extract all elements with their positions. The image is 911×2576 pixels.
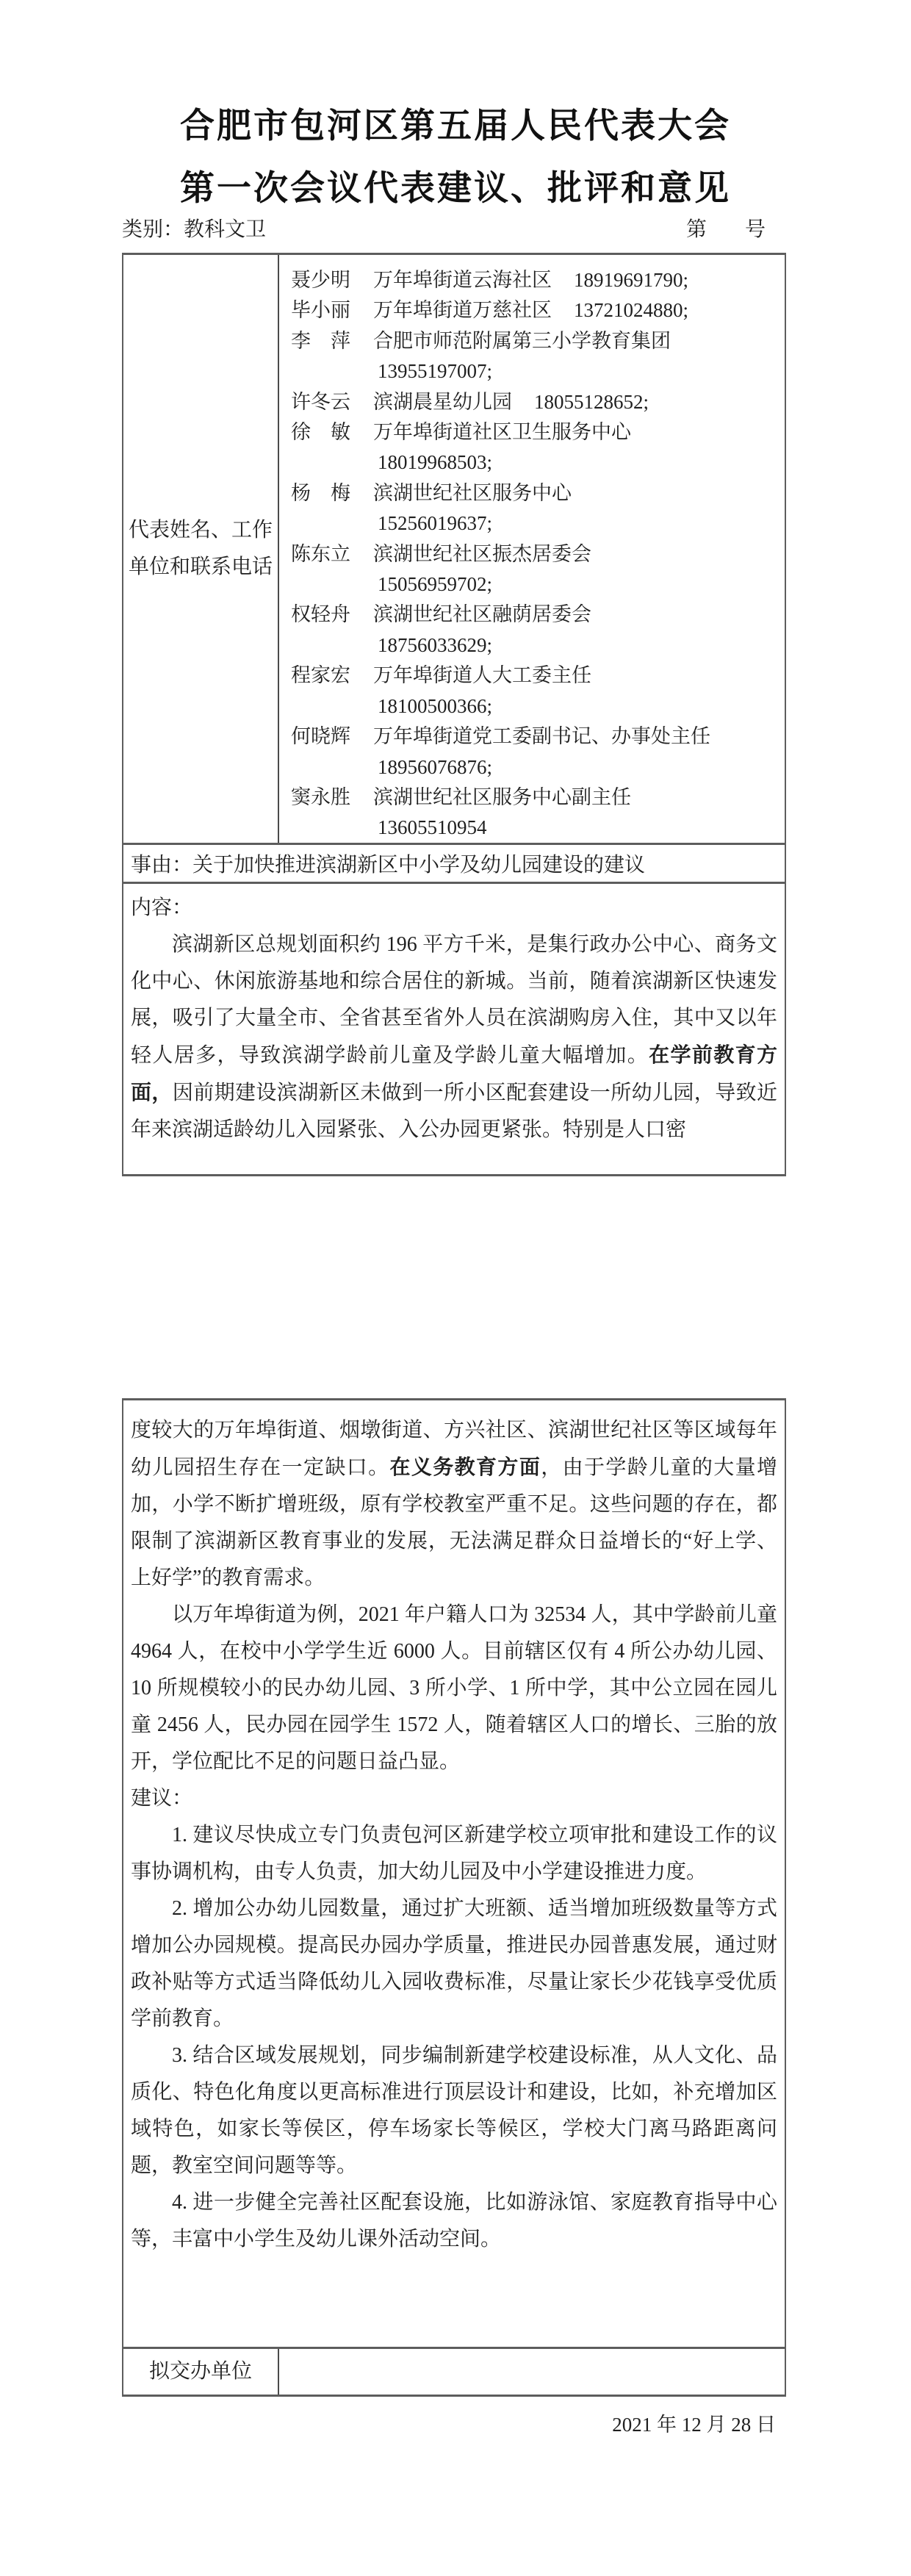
rep-name: 徐 敏 xyxy=(291,417,353,478)
category-label: 类别：教科文卫 xyxy=(122,215,266,245)
rep-name: 聂少明 xyxy=(291,265,353,295)
rep-entry: 毕小丽万年埠街道万慈社区13721024880; xyxy=(291,295,780,325)
representatives-header: 代表姓名、工作 单位和联系电话 xyxy=(123,255,279,843)
content-paragraph-2: 以万年埠街道为例，2021 年户籍人口为 32534 人，其中学龄前儿童 496… xyxy=(131,1597,777,1780)
rep-unit: 滨湖晨星幼儿园 xyxy=(373,391,512,413)
rep-phone: 18919691790; xyxy=(574,269,688,291)
document-page: 合肥市包河区第五届人民代表大会 第一次会议代表建议、批评和意见 类别：教科文卫 … xyxy=(0,0,911,2576)
rep-unit: 万年埠街道社区卫生服务中心 xyxy=(373,421,631,443)
subject-label: 事由： xyxy=(131,849,192,878)
rep-unit-phone: 滨湖世纪社区服务中心15256019637; xyxy=(373,478,780,539)
rep-entry: 许冬云滨湖晨星幼儿园18055128652; xyxy=(291,387,780,417)
rep-phone: 18956076876; xyxy=(378,752,780,782)
rep-unit: 滨湖世纪社区融荫居委会 xyxy=(373,603,591,625)
rep-name: 窦永胜 xyxy=(291,782,353,843)
rep-phone: 15256019637; xyxy=(378,508,780,539)
rep-phone: 18019968503; xyxy=(378,447,780,478)
rep-entry: 何晓辉万年埠街道党工委副书记、办事处主任18956076876; xyxy=(291,722,780,782)
rep-unit: 滨湖世纪社区振杰居委会 xyxy=(373,543,591,565)
proposal-table-page1: 代表姓名、工作 单位和联系电话 聂少明万年埠街道云海社区18919691790;… xyxy=(122,253,786,1176)
rep-unit: 万年埠街道万慈社区 xyxy=(373,299,552,321)
rep-unit-phone: 合肥市师范附属第三小学教育集团13955197007; xyxy=(373,326,780,387)
rep-entry: 李 萍合肥市师范附属第三小学教育集团13955197007; xyxy=(291,326,780,387)
rep-unit: 滨湖世纪社区服务中心副主任 xyxy=(373,786,631,808)
rep-name: 毕小丽 xyxy=(291,295,353,325)
document-number: 第号 xyxy=(686,215,786,245)
proposal-table-page2: 度较大的万年埠街道、烟墩街道、方兴社区、滨湖世纪社区等区域每年幼儿园招生存在一定… xyxy=(122,1398,786,2397)
rep-unit-phone: 滨湖世纪社区振杰居委会15056959702; xyxy=(373,539,780,600)
number-suffix: 号 xyxy=(745,218,766,241)
cont-bold: 在义务教育方面 xyxy=(390,1456,541,1478)
rep-unit-phone: 万年埠街道万慈社区13721024880; xyxy=(373,295,780,325)
rep-entry: 窦永胜滨湖世纪社区服务中心副主任13605510954 xyxy=(291,782,780,843)
suggestion-4: 4. 进一步健全完善社区配套设施，比如游泳馆、家庭教育指导中心等，丰富中小学生及… xyxy=(131,2184,777,2258)
suggestion-1: 1. 建议尽快成立专门负责包河区新建学校立项审批和建设工作的议事协调机构，由专人… xyxy=(131,1817,777,1890)
rep-entry: 聂少明万年埠街道云海社区18919691790; xyxy=(291,265,780,295)
suggestion-2: 2. 增加公办幼儿园数量，通过扩大班额、适当增加班级数量等方式增加公办园规模。提… xyxy=(131,1890,777,2037)
rep-unit: 万年埠街道人大工委主任 xyxy=(373,664,591,686)
rep-phone: 18756033629; xyxy=(378,630,780,661)
subject-text: 关于加快推进滨湖新区中小学及幼儿园建设的建议 xyxy=(192,849,645,878)
rep-name: 权轻舟 xyxy=(291,600,353,661)
title-line-1: 合肥市包河区第五届人民代表大会 xyxy=(0,94,911,156)
rep-name: 程家宏 xyxy=(291,661,353,722)
rep-unit: 合肥市师范附属第三小学教育集团 xyxy=(373,330,671,352)
document-title: 合肥市包河区第五届人民代表大会 第一次会议代表建议、批评和意见 xyxy=(0,94,911,219)
rep-phone: 18055128652; xyxy=(534,391,649,413)
rep-unit-phone: 滨湖晨星幼儿园18055128652; xyxy=(373,387,780,417)
rep-unit-phone: 滨湖世纪社区融荫居委会18756033629; xyxy=(373,600,780,661)
content-p1-post: 因前期建设滨湖新区未做到一所小区配套建设一所幼儿园，导致近年来滨湖适龄幼儿入园紧… xyxy=(131,1082,777,1141)
subject-row: 事由：关于加快推进滨湖新区中小学及幼儿园建设的建议 xyxy=(123,845,785,884)
assign-unit-label: 拟交办单位 xyxy=(123,2349,279,2395)
title-line-2: 第一次会议代表建议、批评和意见 xyxy=(0,156,911,219)
rep-unit: 万年埠街道党工委副书记、办事处主任 xyxy=(373,725,710,747)
document-date: 2021 年 12 月 28 日 xyxy=(122,2410,786,2439)
rep-header-line2: 单位和联系电话 xyxy=(129,549,273,586)
meta-row: 类别：教科文卫 第号 xyxy=(122,215,786,245)
number-prefix: 第 xyxy=(686,218,707,241)
assign-row: 拟交办单位 xyxy=(123,2349,785,2395)
rep-phone: 13721024880; xyxy=(574,299,688,321)
content-paragraph-1: 滨湖新区总规划面积约 196 平方千米，是集行政办公中心、商务文化中心、休闲旅游… xyxy=(131,927,777,1148)
rep-entry: 徐 敏万年埠街道社区卫生服务中心18019968503; xyxy=(291,417,780,478)
rep-unit-phone: 万年埠街道党工委副书记、办事处主任18956076876; xyxy=(373,722,780,782)
rep-entry: 杨 梅滨湖世纪社区服务中心15256019637; xyxy=(291,478,780,539)
rep-phone: 18100500366; xyxy=(378,691,780,722)
rep-unit-phone: 滨湖世纪社区服务中心副主任13605510954 xyxy=(373,782,780,843)
rep-phone: 15056959702; xyxy=(378,569,780,600)
content-label: 内容： xyxy=(131,890,777,927)
rep-unit: 万年埠街道云海社区 xyxy=(373,269,552,291)
rep-unit-phone: 万年埠街道云海社区18919691790; xyxy=(373,265,780,295)
representatives-list: 聂少明万年埠街道云海社区18919691790; 毕小丽万年埠街道万慈社区137… xyxy=(279,255,785,843)
rep-name: 李 萍 xyxy=(291,326,353,387)
rep-phone: 13955197007; xyxy=(378,356,780,386)
rep-name: 许冬云 xyxy=(291,387,353,417)
rep-phone: 13605510954 xyxy=(378,813,780,843)
content-continued-paragraph: 度较大的万年埠街道、烟墩街道、方兴社区、滨湖世纪社区等区域每年幼儿园招生存在一定… xyxy=(131,1412,777,1597)
rep-header-line1: 代表姓名、工作 xyxy=(129,512,273,549)
rep-unit: 滨湖世纪社区服务中心 xyxy=(373,482,572,504)
representatives-row: 代表姓名、工作 单位和联系电话 聂少明万年埠街道云海社区18919691790;… xyxy=(123,255,785,845)
content-row-page2: 度较大的万年埠街道、烟墩街道、方兴社区、滨湖世纪社区等区域每年幼儿园招生存在一定… xyxy=(123,1400,785,2349)
rep-entry: 陈东立滨湖世纪社区振杰居委会15056959702; xyxy=(291,539,780,600)
rep-unit-phone: 万年埠街道人大工委主任18100500366; xyxy=(373,661,780,722)
rep-name: 陈东立 xyxy=(291,539,353,600)
content-row-page1: 内容： 滨湖新区总规划面积约 196 平方千米，是集行政办公中心、商务文化中心、… xyxy=(123,884,785,1174)
rep-name: 何晓辉 xyxy=(291,722,353,782)
suggestion-3: 3. 结合区域发展规划，同步编制新建学校建设标准，从人文化、品质化、特色化角度以… xyxy=(131,2037,777,2184)
rep-unit-phone: 万年埠街道社区卫生服务中心18019968503; xyxy=(373,417,780,478)
rep-entry: 权轻舟滨湖世纪社区融荫居委会18756033629; xyxy=(291,600,780,661)
assign-unit-value xyxy=(279,2349,785,2395)
suggestions-label: 建议： xyxy=(131,1780,777,1817)
rep-name: 杨 梅 xyxy=(291,478,353,539)
rep-entry: 程家宏万年埠街道人大工委主任18100500366; xyxy=(291,661,780,722)
